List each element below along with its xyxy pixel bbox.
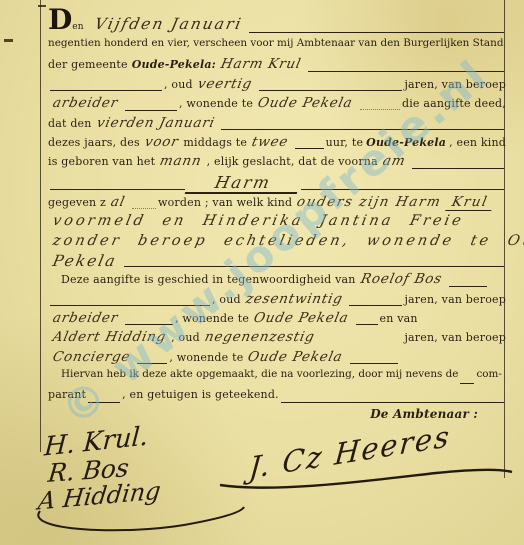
line-birth-time: dezes jaars, des voor middags te twee uu… xyxy=(48,134,506,153)
printed-text: dezes jaars, des xyxy=(48,136,140,149)
printed-text: , oud xyxy=(164,78,193,91)
closing-text: Hiervan heb ik deze akte opgemaakt, die … xyxy=(61,368,458,380)
witness2-occupation: Concierge xyxy=(46,349,137,365)
name-suffix: am xyxy=(376,153,412,169)
printed-text: der gemeente xyxy=(48,58,128,71)
father-surname: Krul xyxy=(445,194,495,211)
printed-text: , een kind xyxy=(449,136,506,149)
printed-text: , wonende te xyxy=(169,351,243,364)
rule xyxy=(412,168,504,169)
rule xyxy=(125,324,173,325)
line-parents-status: zonder beroep echtelieden, wonende te Ou… xyxy=(48,233,506,252)
printed-text: , en getuigen is geteekend. xyxy=(122,388,279,401)
printed-text: parant xyxy=(48,388,86,401)
line-witness1-residence: arbeider , wonende te Oude Pekela en van xyxy=(48,310,506,329)
line-witness1: Deze aangifte is geschied in tegenwoordi… xyxy=(48,271,506,290)
initial-letter: D xyxy=(48,10,72,30)
corner-tick xyxy=(38,5,46,7)
line-birth-date: dat den vierden Januari xyxy=(48,115,506,134)
printed-text: jaren, van beroep xyxy=(404,293,506,306)
printed-text: Deze aangifte is geschied in tegenwoordi… xyxy=(61,273,356,286)
line-closing-1: Hiervan heb ik deze akte opgemaakt, die … xyxy=(48,368,506,387)
printed-text: , oud xyxy=(212,293,241,306)
child-gender: mann xyxy=(154,153,209,169)
witness2-age: negenenzestig xyxy=(198,329,321,345)
closing-text: com- xyxy=(476,368,501,380)
printed-text: , wonende te xyxy=(179,97,253,110)
line-date: D en Vijfden Januari xyxy=(48,10,506,37)
rule xyxy=(301,189,504,190)
line-parents-intro: gegeven z al worden ; van welk kind oude… xyxy=(48,194,506,213)
birth-daypart: voor xyxy=(138,134,185,150)
municipality-name: Oude-Pekela xyxy=(366,136,446,149)
rule xyxy=(349,305,402,306)
rule xyxy=(350,363,398,364)
printed-text: die aangifte deed, xyxy=(402,97,506,110)
rule xyxy=(50,90,162,91)
handwritten-squiggle xyxy=(460,383,474,384)
declarant-name: Harm Krul xyxy=(214,56,308,72)
rule xyxy=(249,32,504,33)
municipality-name: Oude-Pekela: xyxy=(132,58,216,71)
line-child-gender: is geboren van het mann , elijk geslacht… xyxy=(48,153,506,172)
rule xyxy=(356,324,378,325)
birth-date: vierden Januari xyxy=(90,115,221,131)
parents-phrase: ouders zijn Harm xyxy=(291,194,449,210)
line-declarant-occupation: arbeider , wonende te Oude Pekela die aa… xyxy=(48,95,506,114)
rule xyxy=(50,305,210,306)
printed-text: gegeven z xyxy=(48,196,106,209)
printed-text: middags te xyxy=(183,136,247,149)
rule xyxy=(221,129,504,130)
printed-text: jaren, van beroep xyxy=(404,78,506,91)
line-municipality: der gemeente Oude-Pekela: Harm Krul xyxy=(48,56,506,75)
witness2-name: Aldert Hidding xyxy=(46,329,173,345)
line-closing-2: parant , en getuigen is geteekend. xyxy=(48,388,506,407)
declarant-residence: Oude Pekela xyxy=(251,95,359,111)
initial-suffix: en xyxy=(72,22,84,32)
printed-text: jaren, van beroep xyxy=(404,331,506,344)
signature-ambtenaar: J. Cz Heeres xyxy=(248,419,453,486)
rule xyxy=(125,110,177,111)
printed-text: , wonende te xyxy=(175,312,249,325)
child-name: Harm xyxy=(185,173,301,194)
ambtenaar-label: De Ambtenaar : xyxy=(370,407,478,421)
line-witness1-age: , oud zesentwintig jaren, van beroep xyxy=(48,291,506,310)
margin-tick xyxy=(4,39,13,42)
rule xyxy=(88,402,120,403)
printed-text: dat den xyxy=(48,117,92,130)
witness1-residence: Oude Pekela xyxy=(247,310,355,326)
handwritten-act-date: Vijfden Januari xyxy=(88,15,249,33)
printed-text: , elijk geslacht, dat de voorna xyxy=(207,155,378,168)
line-witness2-residence: Concierge , wonende te Oude Pekela xyxy=(48,349,506,368)
printed-text: , oud xyxy=(171,331,200,344)
dotted-leader xyxy=(360,109,400,110)
witness1-name: Roelof Bos xyxy=(354,271,448,287)
line-parents-residence: Pekela xyxy=(48,252,506,271)
dotted-leader xyxy=(132,208,156,209)
rule xyxy=(295,148,323,149)
printed-text: worden ; van welk kind xyxy=(158,196,292,209)
rule xyxy=(124,266,504,267)
printed-year-line: negentien honderd en vier, verscheen voo… xyxy=(48,37,503,49)
declarant-age: veertig xyxy=(191,76,258,92)
line-child-name: Harm xyxy=(48,173,506,194)
parents-residence: Pekela xyxy=(46,252,123,270)
rule xyxy=(449,286,487,287)
parents-names: voormeld en Hinderika Jantina Freie xyxy=(46,213,470,229)
line-year: negentien honderd en vier, verscheen voo… xyxy=(48,37,506,56)
rule xyxy=(259,90,403,91)
witness1-age: zesentwintig xyxy=(239,291,349,307)
birth-certificate-scan: © www.joopfreie.nl D en Vijfden Januari … xyxy=(0,0,524,545)
hand-zal: al xyxy=(104,194,131,210)
line-witness2: Aldert Hidding , oud negenenzestig jaren… xyxy=(48,329,506,348)
left-margin-rule xyxy=(40,0,41,452)
rule xyxy=(50,189,185,190)
birth-hour: twee xyxy=(245,134,295,150)
signatures-block: H. Krul. R. Bos A Hidding J. Cz Heeres xyxy=(48,429,506,539)
line-declarant-age: , oud veertig jaren, van beroep xyxy=(48,76,506,95)
parents-status: zonder beroep echtelieden, wonende te Ou… xyxy=(46,233,524,249)
declarant-occupation: arbeider xyxy=(46,95,124,111)
printed-text: en van xyxy=(380,312,418,325)
witness1-occupation: arbeider xyxy=(46,310,124,326)
printed-text: is geboren van het xyxy=(48,155,155,168)
rule xyxy=(137,363,167,364)
act-body: D en Vijfden Januari negentien honderd e… xyxy=(48,10,506,539)
witness2-residence: Oude Pekela xyxy=(242,349,350,365)
printed-text: uur, te xyxy=(326,136,364,149)
rule xyxy=(308,71,504,72)
rule xyxy=(281,402,504,403)
line-mother-name: voormeld en Hinderika Jantina Freie xyxy=(48,213,506,232)
